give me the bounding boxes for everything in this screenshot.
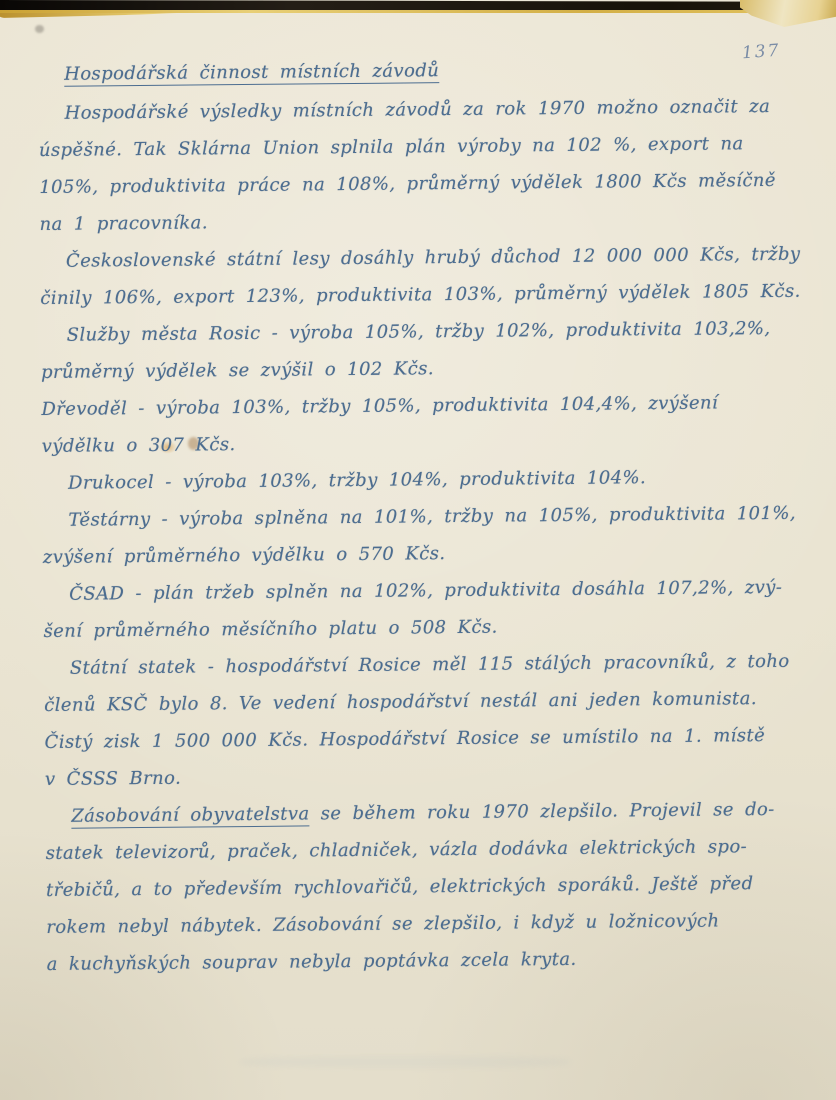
text-segment: se během roku 1970 zlepšilo. Projevil se… (309, 799, 774, 824)
paragraph-csad: ČSAD - plán tržeb splněn na 102%, produk… (43, 569, 800, 650)
paragraph-sluzby-mesta: Služby města Rosic - výroba 105%, tržby … (41, 310, 798, 391)
paragraph-statni-statek: Státní statek - hospodářství Rosice měl … (44, 643, 801, 798)
text-line: Čistý zisk 1 500 000 Kčs. Hospodářství R… (44, 717, 800, 761)
text-line: Těstárny - výroba splněna na 101%, tržby… (42, 495, 798, 539)
handwritten-content: Hospodářská činnost místních závodů Hosp… (38, 49, 803, 983)
paper-spot (35, 25, 44, 33)
page-corner-fold (740, 0, 836, 27)
text-segment: výdělku o 3 (42, 435, 161, 457)
paragraph-statni-lesy: Československé státní lesy dosáhly hrubý… (40, 236, 797, 317)
corrected-number: 07 (161, 435, 185, 456)
paragraph-drevodel: Dřevoděl - výroba 103%, tržby 105%, prod… (41, 384, 798, 465)
underlined-lead: Zásobování obyvatelstva (71, 803, 310, 828)
gilt-page-edge (0, 10, 836, 13)
text-line: ČSAD - plán tržeb splněn na 102%, produk… (43, 569, 799, 613)
scanned-chronicle-page: 137 Hospodářská činnost místních závodů … (0, 0, 836, 1100)
page-number: 137 (741, 41, 781, 64)
text-line: 105%, produktivita práce na 108%, průměr… (39, 162, 795, 206)
text-line: rokem nebyl nábytek. Zásobování se zlepš… (46, 902, 802, 946)
text-line: a kuchyňských souprav nebyla poptávka zc… (47, 939, 803, 983)
section-title: Hospodářská činnost místních závodů (38, 49, 794, 93)
paragraph-sklarna-union: Hospodářské výsledky místních závodů za … (38, 88, 795, 243)
text-line: Služby města Rosic - výroba 105%, tržby … (41, 310, 797, 354)
paragraph-zasobovani: Zásobování obyvatelstva se během roku 19… (45, 791, 803, 983)
paragraph-testarny: Těstárny - výroba splněna na 101%, tržby… (42, 495, 799, 576)
text-segment: Kčs. (184, 434, 235, 455)
ink-showthrough (240, 1056, 570, 1068)
text-line: Dřevoděl - výroba 103%, tržby 105%, prod… (41, 384, 797, 428)
